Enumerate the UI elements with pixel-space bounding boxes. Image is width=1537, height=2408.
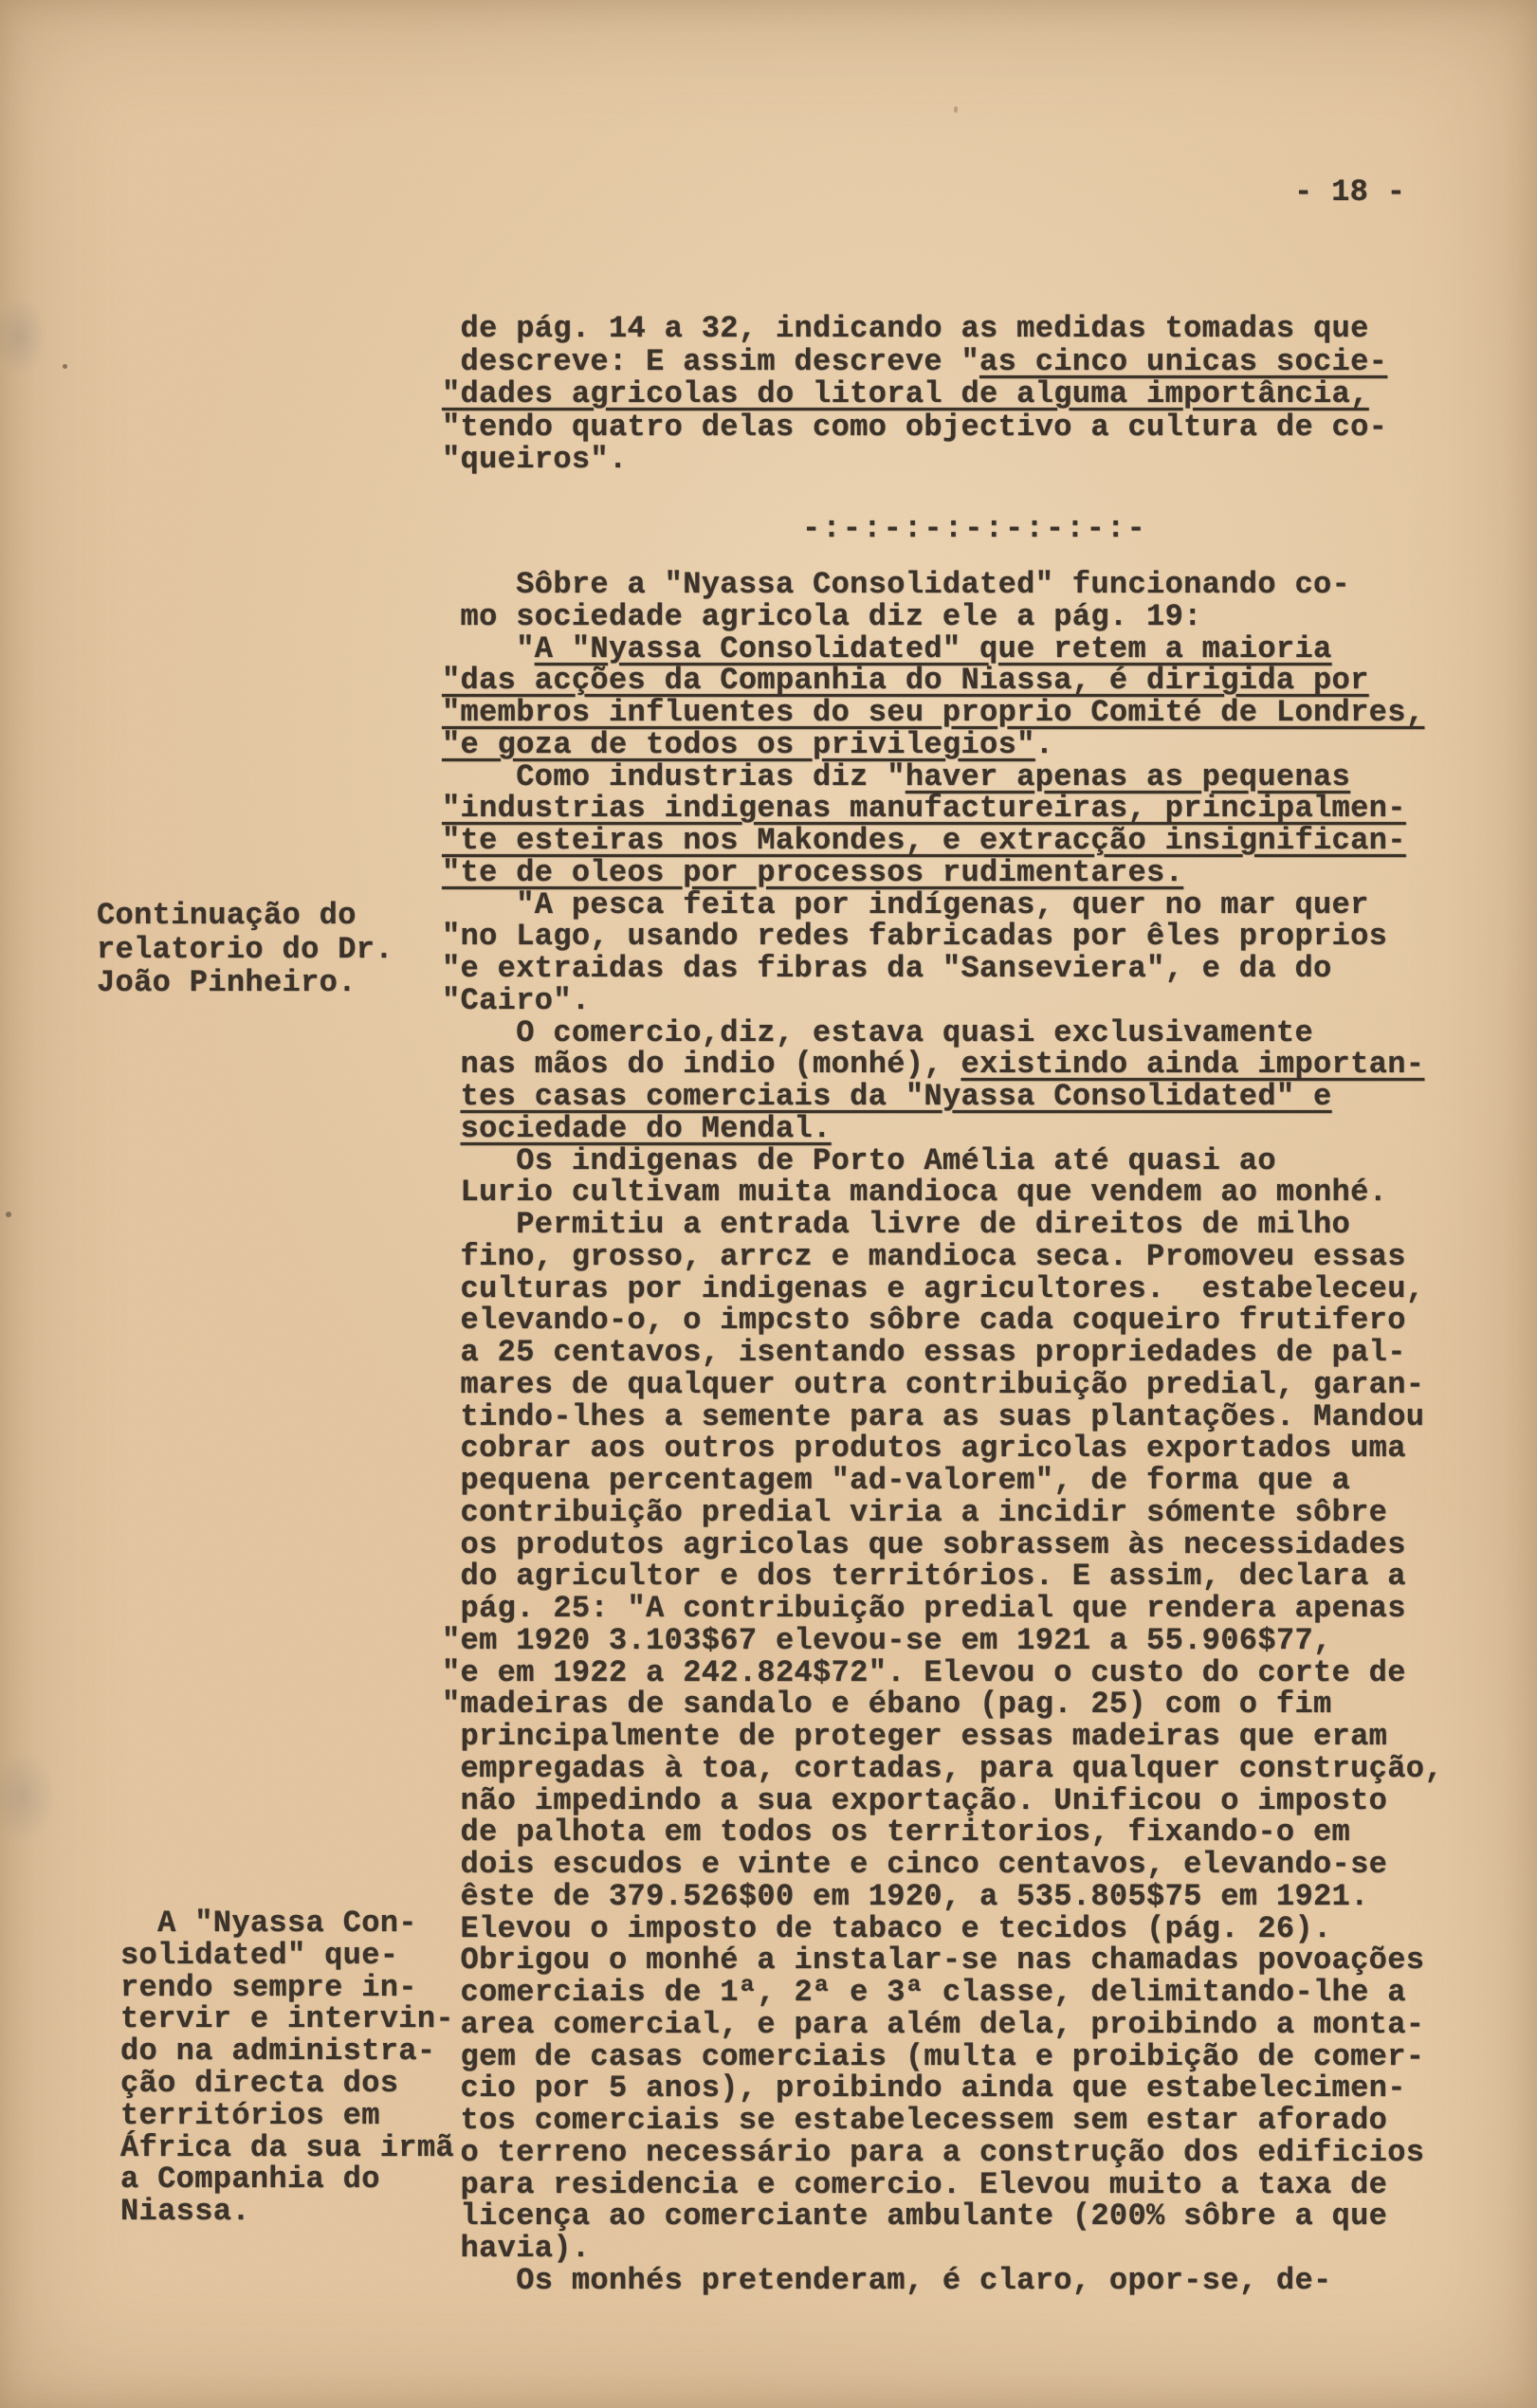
ink-smudge	[0, 1735, 66, 1858]
text-line: fino, grosso, arrcz e mandioca seca. Pro…	[442, 1241, 1443, 1273]
text-line: Permitiu a entrada livre de direitos de …	[442, 1209, 1443, 1241]
text-line: dois escudos e vinte e cinco centavos, e…	[442, 1849, 1443, 1881]
paper-fiber	[954, 106, 958, 113]
text-line: a 25 centavos, isentando essas proprieda…	[442, 1337, 1443, 1369]
text-line: "e em 1922 a 242.824$72". Elevou o custo…	[442, 1657, 1443, 1689]
text-line: mares de qualquer outra contribuição pre…	[442, 1369, 1443, 1401]
text-line: contribuição predial viria a incidir sóm…	[442, 1497, 1443, 1529]
text-line: elevando-o, o impcsto sôbre cada coqueir…	[442, 1304, 1443, 1337]
text-line: principalmente de proteger essas madeira…	[442, 1721, 1443, 1753]
text-line: do agricultor e dos territórios. E assim…	[442, 1560, 1443, 1593]
text-line: ção directa dos	[120, 2068, 454, 2100]
text-line: "membros influentes do seu proprio Comit…	[442, 697, 1443, 729]
text-line: João Pinheiro.	[97, 966, 393, 1000]
text-line: "queiros".	[442, 444, 1387, 477]
text-line: tervir e intervin-	[120, 2003, 454, 2035]
text-line: tos comerciais se estabelecessem sem est…	[442, 2105, 1443, 2137]
text-line: mo sociedade agricola diz ele a pág. 19:	[442, 601, 1443, 633]
text-line: A "Nyassa Con-	[120, 1907, 454, 1940]
text-line: "A "Nyassa Consolidated" que retem a mai…	[442, 633, 1443, 666]
document-page: { "page": { "number": "- 18 -", "divider…	[0, 0, 1537, 2408]
text-line: "e extraidas das fibras da "Sanseviera",…	[442, 953, 1443, 985]
text-line: "das acções da Companhia do Niassa, é di…	[442, 665, 1443, 697]
text-line: êste de 379.526$00 em 1920, a 535.805$75…	[442, 1881, 1443, 1913]
text-line: pequena percentagem "ad-valorem", de for…	[442, 1465, 1443, 1497]
text-line: cio por 5 anos), proibindo ainda que est…	[442, 2072, 1443, 2105]
text-line: havia).	[442, 2233, 1443, 2265]
text-line: "e goza de todos os privilegios".	[442, 729, 1443, 761]
text-line: territórios em	[120, 2100, 454, 2132]
text-line: "no Lago, usando redes fabricadas por êl…	[442, 921, 1443, 953]
text-line: "dades agricolas do litoral de alguma im…	[442, 378, 1387, 411]
text-line: Os monhés pretenderam, é claro, opor-se,…	[442, 2265, 1443, 2297]
page-number: - 18 -	[1294, 175, 1405, 209]
intro-paragraph: de pág. 14 a 32, indicando as medidas to…	[442, 313, 1387, 477]
text-line: "A pesca feita por indígenas, quer no ma…	[442, 889, 1443, 921]
text-line: a Companhia do	[120, 2163, 454, 2196]
text-line: solidated" que-	[120, 1940, 454, 1972]
text-line: de pág. 14 a 32, indicando as medidas to…	[442, 313, 1387, 346]
text-line: area comercial, e para além dela, proibi…	[442, 2009, 1443, 2041]
paper-speck	[6, 1212, 11, 1217]
text-line: não impedindo a sua exportação. Unificou…	[442, 1785, 1443, 1817]
text-line: Obrigou o monhé a instalar-se nas chamad…	[442, 1944, 1443, 1977]
text-line: "em 1920 3.103$67 elevou-se em 1921 a 55…	[442, 1625, 1443, 1657]
text-line: tes casas comerciais da "Nyassa Consolid…	[442, 1081, 1443, 1113]
text-line: Elevou o imposto de tabaco e tecidos (pá…	[442, 1913, 1443, 1945]
text-line: cobrar aos outros produtos agricolas exp…	[442, 1432, 1443, 1465]
text-line: pág. 25: "A contribuição predial que ren…	[442, 1593, 1443, 1625]
text-line: Continuação do	[97, 899, 393, 933]
text-line: para residencia e comercio. Elevou muito…	[442, 2169, 1443, 2201]
text-line: Niassa.	[120, 2196, 454, 2228]
text-line: comerciais de 1ª, 2ª e 3ª classe, delimi…	[442, 1977, 1443, 2009]
text-line: Como industrias diz "haver apenas as peq…	[442, 761, 1443, 794]
text-line: descreve: E assim descreve "as cinco uni…	[442, 346, 1387, 379]
main-text-block: Sôbre a "Nyassa Consolidated" funcionand…	[442, 569, 1443, 2297]
margin-note-nyassa: A "Nyassa Con-solidated" que-rendo sempr…	[120, 1907, 454, 2228]
margin-note-continuation: Continuação dorelatorio do Dr.João Pinhe…	[97, 899, 393, 1000]
ink-smudge	[0, 284, 57, 389]
text-line: "industrias indigenas manufactureiras, p…	[442, 793, 1443, 825]
text-line: empregadas à toa, cortadas, para qualque…	[442, 1753, 1443, 1785]
text-line: tindo-lhes a semente para as suas planta…	[442, 1401, 1443, 1433]
text-line: gem de casas comerciais (multa e proibiç…	[442, 2041, 1443, 2073]
text-line: de palhota em todos os territorios, fixa…	[442, 1816, 1443, 1849]
section-divider: -:-:-:-:-:-:-:-:-	[802, 512, 1147, 545]
text-line: o terreno necessário para a construção d…	[442, 2137, 1443, 2169]
text-line: rendo sempre in-	[120, 1972, 454, 2004]
text-line: "Cairo".	[442, 985, 1443, 1017]
text-line: O comercio,diz, estava quasi exclusivame…	[442, 1017, 1443, 1049]
text-line: Sôbre a "Nyassa Consolidated" funcionand…	[442, 569, 1443, 601]
text-line: sociedade do Mendal.	[442, 1113, 1443, 1145]
text-line: Os indigenas de Porto Amélia até quasi a…	[442, 1145, 1443, 1177]
text-line: nas mãos do indio (monhé), existindo ain…	[442, 1049, 1443, 1081]
text-line: "tendo quatro delas como objectivo a cul…	[442, 411, 1387, 445]
text-line: "te esteiras nos Makondes, e extracção i…	[442, 825, 1443, 857]
paper-speck	[63, 364, 67, 369]
text-line: os produtos agricolas que sobrassem às n…	[442, 1529, 1443, 1561]
text-line: "madeiras de sandalo e ébano (pag. 25) c…	[442, 1688, 1443, 1721]
text-line: do na administra-	[120, 2035, 454, 2068]
text-line: culturas por indigenas e agricultores. e…	[442, 1273, 1443, 1305]
text-line: relatorio do Dr.	[97, 933, 393, 967]
text-line: licença ao comerciante ambulante (200% s…	[442, 2200, 1443, 2233]
text-line: Lurio cultivam muita mandioca que vendem…	[442, 1177, 1443, 1209]
text-line: "te de oleos por processos rudimentares.	[442, 857, 1443, 889]
text-line: África da sua irmã	[120, 2132, 454, 2164]
